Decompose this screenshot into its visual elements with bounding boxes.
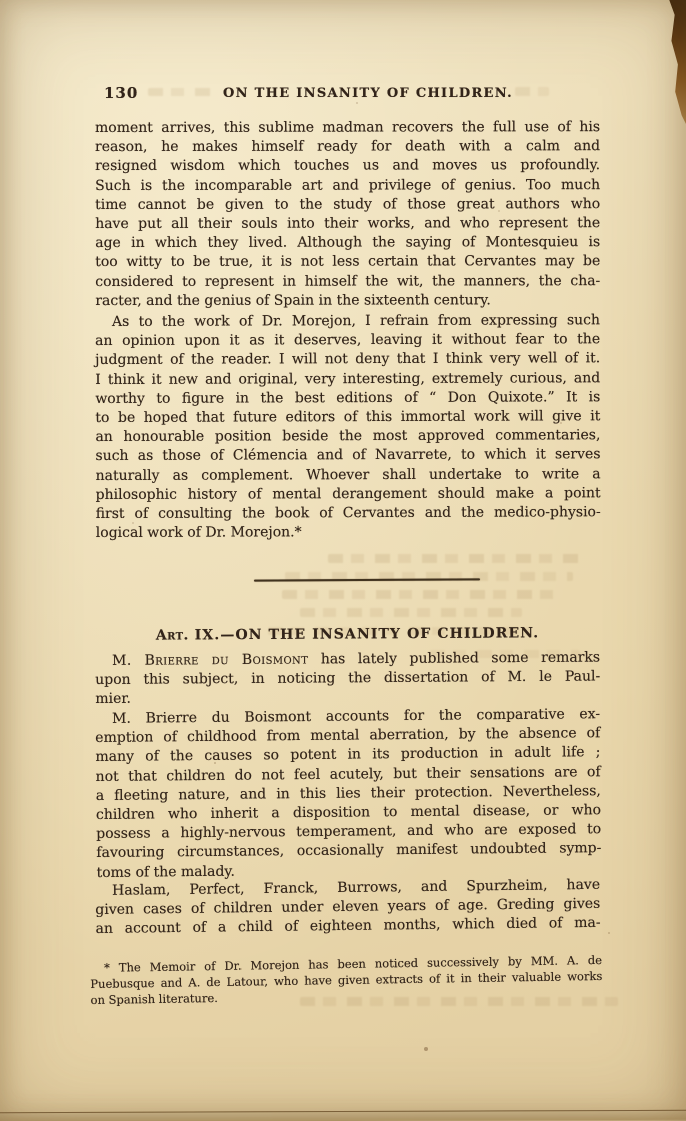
text-line: considered to represent in himself the w… (95, 272, 600, 292)
paragraph: M. Brierre du Boismont has lately publis… (95, 648, 600, 709)
text-line: to be hoped that future editors of this … (95, 407, 600, 428)
paragraph-lines: upon this subject, in noticing the disse… (95, 668, 600, 710)
paragraph: As to the work of Dr. Morejon, I refrain… (95, 311, 601, 543)
paragraph: Haslam, Perfect, Franck, Burrows, and Sp… (95, 876, 601, 940)
paragraph: M. Brierre du Boismont accounts for the … (95, 705, 602, 883)
bleed-through-smudge (148, 88, 212, 96)
article-heading: Art. IX.—ON THE INSANITY OF CHILDREN. (95, 624, 600, 646)
text-line: logical work of Dr. Morejon.* (96, 522, 601, 543)
text-line: such as those of Clémencia and of Navarr… (95, 446, 600, 467)
text-line: too witty to be true, it is not less cer… (95, 253, 600, 273)
text-line: As to the work of Dr. Morejon, I refrain… (95, 311, 600, 332)
paper-specks (0, 0, 2, 2)
section-divider (254, 578, 480, 581)
text-line: naturally as complement. Whoever shall u… (96, 465, 601, 486)
text-span: has lately published some remarks (321, 649, 600, 667)
text-line: I think it new and original, very intere… (95, 369, 600, 390)
bleed-through-smudge (328, 554, 583, 563)
text-line: reason, he makes himself ready for death… (95, 137, 600, 157)
scanned-book-page: 130 ON THE INSANITY OF CHILDREN. moment … (0, 0, 686, 1121)
article-title: IX.—ON THE INSANITY OF CHILDREN. (195, 625, 540, 643)
text-line: upon this subject, in noticing the disse… (95, 668, 600, 691)
page-tear-dark-area (659, 0, 686, 124)
text-line: judgment of the reader. I will not deny … (95, 350, 600, 371)
page-number: 130 (104, 84, 138, 102)
bleed-through-smudge (515, 87, 549, 96)
text-line: worthy to figure in the best editions of… (95, 388, 600, 409)
text-line: have put all their souls into their work… (95, 214, 600, 234)
running-head: ON THE INSANITY OF CHILDREN. (223, 86, 513, 101)
text-line: an honourable position beside the most a… (95, 426, 600, 447)
text-line: moment arrives, this sublime madman reco… (95, 118, 600, 138)
text-line: time cannot be given to the study of tho… (95, 195, 600, 215)
article-label: Art. (156, 627, 189, 643)
text-line: first of consulting the book of Cervante… (96, 503, 601, 524)
text-line: Such is the incomparable art and privile… (95, 176, 600, 196)
bleed-through-smudge (282, 590, 564, 599)
text-line: resigned wisdom which touches us and mov… (95, 157, 600, 177)
footnote: * The Memoir of Dr. Morejon has been not… (90, 953, 603, 1008)
text-line: an opinion upon it as it deserves, leavi… (95, 330, 600, 351)
text-line: age in which they lived. Although the sa… (95, 233, 600, 253)
text-line: philosophic history of mental derangemen… (96, 484, 601, 505)
paragraph-continuation: moment arrives, this sublime madman reco… (95, 118, 600, 311)
bleed-through-smudge (300, 608, 522, 617)
page-bottom-edge (0, 1110, 686, 1121)
text-line: racter, and the genius of Spain in the s… (95, 291, 600, 311)
author-name: M. Brierre du Boismont (112, 652, 308, 669)
